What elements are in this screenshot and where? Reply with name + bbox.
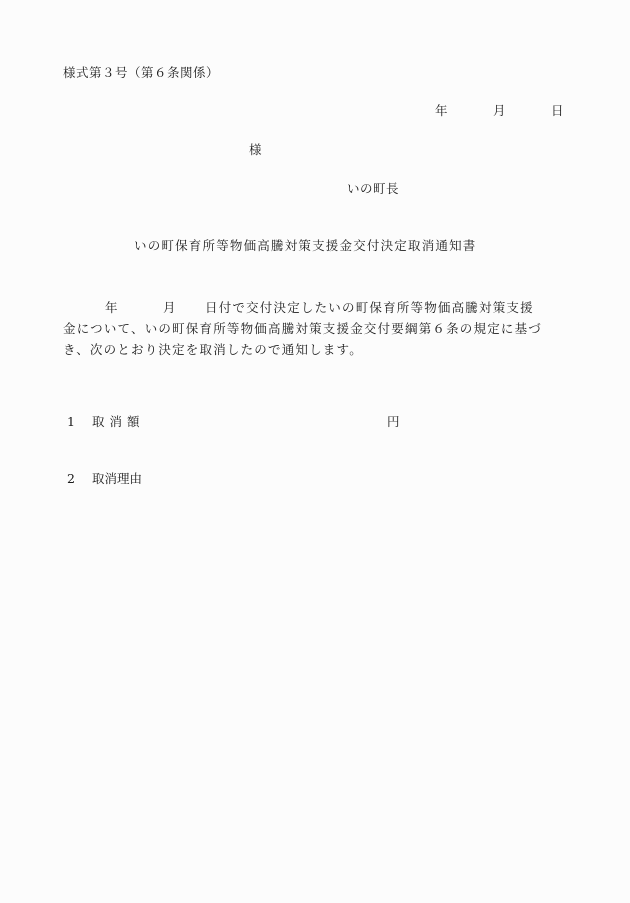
- item-number: 2: [67, 473, 75, 486]
- item-label: 取消理由: [92, 473, 142, 486]
- item-cancel-amount: 1 取消額 円: [63, 416, 403, 432]
- body-month-label: 月: [163, 297, 177, 318]
- body-line-1-text: 日付で交付決定したいの町保育所等物価高騰対策支援: [205, 297, 534, 318]
- body-line-2: 金について、いの町保育所等物価高騰対策支援金交付要綱第６条の規定に基づ: [63, 318, 568, 339]
- body-line-3: き、次のとおり決定を取消したので通知します。: [63, 339, 568, 360]
- item-unit-yen: 円: [387, 416, 400, 429]
- document-title: いの町保育所等物価高騰対策支援金交付決定取消通知書: [134, 240, 477, 253]
- date-month-label: 月: [493, 105, 506, 118]
- issuer-name: いの町長: [347, 183, 399, 196]
- body-paragraph: 年 月 日付で交付決定したいの町保育所等物価高騰対策支援 金について、いの町保育…: [63, 297, 568, 360]
- addressee-honorific: 様: [249, 144, 262, 157]
- date-day-label: 日: [551, 105, 564, 118]
- item-label: 取消額: [92, 416, 145, 429]
- form-number: 様式第３号（第６条関係）: [63, 67, 219, 80]
- item-cancel-reason: 2 取消理由: [63, 473, 263, 489]
- item-number: 1: [67, 416, 75, 429]
- body-year-label: 年: [105, 297, 119, 318]
- body-line-1: 年 月 日付で交付決定したいの町保育所等物価高騰対策支援: [63, 297, 568, 318]
- date-year-label: 年: [435, 105, 448, 118]
